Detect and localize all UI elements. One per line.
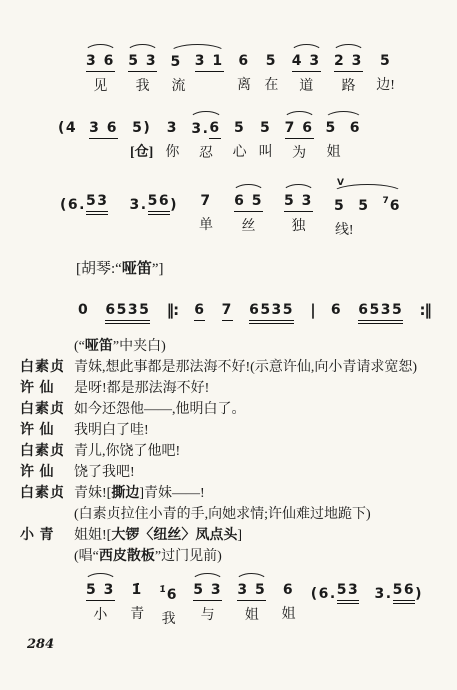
note-group: (6.53 [60,184,108,215]
note-cell: (6.53 [311,573,359,604]
note-cell: 3 5姐 [237,573,266,624]
note: 5 [358,199,369,216]
note-cell: 6 [331,293,342,320]
text-segment: ”过门见前) [155,549,222,564]
note-group: 6535 [249,293,294,324]
lyric: 为 [292,146,306,162]
note-group: 3.6 [191,111,220,139]
note: (4 [58,121,77,138]
note-cell: 53 1流 [171,44,224,95]
note-group: 3 6 [86,44,115,72]
note-group: 56 [326,111,362,138]
note-group: 5 3 [193,573,222,601]
slur-arc [232,184,265,193]
note-group: 7 [222,293,233,321]
lyric: [仓] [130,145,153,161]
emphasized-term: 哑笛 [85,339,113,354]
lyric: 忍 [199,146,213,162]
dialogue-text: 饶了我吧! [74,462,441,483]
grace-note: 7 [382,196,388,206]
note-group: 3 [167,111,178,138]
stage-direction-row: (“哑笛”中夹白) [20,336,441,357]
lyric: 在 [264,78,278,94]
lyric: 姐 [282,607,296,623]
speaker-name: 许 仙 [20,420,74,441]
note-group: 3.56) [375,573,423,604]
lyric: 流 [171,79,186,95]
note-cell: 5在 [264,44,278,94]
note-group: 2 3 [334,44,363,72]
note-cell: (6.53 [60,184,108,215]
note-cell: 7 [222,293,233,321]
text-segment: (白素贞拉住小青的手,向她求情;许仙难过地跪下) [74,507,371,522]
text-segment: 饶了我吧! [74,465,135,480]
note-cell: 6535 [105,293,150,324]
lyric: 姐 [326,145,341,161]
speaker-name: 白素贞 [20,441,74,462]
lyric: 叫 [259,145,273,161]
barline: ‖: [167,293,179,320]
note-group: (4 [58,111,77,138]
note-group: 5) [132,111,151,138]
note-cell: 7 6为 [285,111,314,162]
lyric: 线! [334,223,354,239]
note: 5 [171,55,182,72]
slur-arc [290,44,323,53]
lyric: 小 [93,608,107,624]
note-cell: 6离 [237,44,251,94]
lyric: 离 [237,78,251,94]
stage-direction-row: (唱“西皮散板”过门见前) [20,546,441,567]
text-segment: (唱“ [74,549,99,564]
note: 6535 [358,303,403,324]
text-segment: ]青妹——! [139,486,204,501]
lyric: 青 [130,607,144,623]
slur-arc [191,573,224,582]
note: 7 [200,194,211,211]
note: (6. [60,198,86,215]
dialogue-row: 白素贞青妹,想此事都是那法海不好!(示意许仙,向小青请求宽恕) [20,357,441,378]
note-cell: 6 [194,293,205,321]
stage-direction-text: (“哑笛”中夹白) [74,336,441,357]
slur-arc [126,44,159,53]
note-group: 5 3 [86,573,115,601]
barline: :‖ [419,293,431,320]
speaker-name [20,504,74,525]
note-cell: 6535 [358,293,403,324]
lyric: 道 [299,79,313,95]
note-group: 4 3 [292,44,321,72]
note-cell: 5)[仓] [130,111,153,161]
note: 6 [331,303,342,320]
dialogue-text: 我明白了哇! [74,420,441,441]
note-cell: 3.6忍 [191,111,220,162]
note-cell: (4 [58,111,77,138]
note: 6 [209,121,220,139]
note: 3 6 [86,54,115,72]
stage-direction-text: (唱“西皮散板”过门见前) [74,546,441,567]
huqin-music-line: 06535‖:676535|66535:‖ [78,293,431,324]
note-cell: 4 3道 [292,44,321,95]
lyric: 路 [341,79,355,95]
dialogue-row: 白素贞青儿,你饶了他吧! [20,441,441,462]
note-group: 6 [283,573,294,600]
note-cell: 5边! [376,44,395,94]
lyric: 我 [162,612,176,628]
emphasized-term: 撕边 [111,486,139,501]
note-cell: 5 3我 [128,44,157,95]
dialogue-row: 白素贞如今还怨他——,他明白了。 [20,399,441,420]
note-cell: 3你 [165,111,179,161]
text-segment: 青儿,你饶了他吧! [74,444,180,459]
lyric: 我 [136,79,150,95]
dialogue-text: 青儿,你饶了他吧! [74,441,441,462]
note-cell: 6姐 [282,573,296,623]
note-group: 5 [260,111,271,138]
note: 53 [86,194,108,215]
barline-glyph: | [310,293,314,320]
note-cell: 6 5丝 [234,184,263,235]
note-cell: 3 6 [89,111,118,139]
dialogue-text: 青妹,想此事都是那法海不好!(示意许仙,向小青请求宽恕) [74,357,441,378]
note: 5 3 [128,54,157,72]
note-cell: 5 3与 [193,573,222,624]
vocal-music-line-4: 5 3小1̇青1̇6我5 3与3 5姐6姐(6.533.56) [86,573,423,628]
dialogue-row: 许 仙饶了我吧! [20,462,441,483]
note-cell: 2 3路 [334,44,363,95]
barline-glyph: :‖ [419,293,431,320]
slur-arc [283,111,316,120]
speaker-name: 白素贞 [20,399,74,420]
note-group: 53 1 [171,44,224,72]
barline: | [310,293,314,320]
note-cell: 1̇6我 [159,573,178,628]
note: 6 [283,583,294,600]
note: 6535 [105,303,150,324]
note: (6. [311,587,337,604]
note-group: V5576 [334,184,401,216]
note-group: (6.53 [311,573,359,604]
note-group: 3.56) [130,184,178,215]
speaker-name: 小 青 [20,525,74,546]
note-group: 6 5 [234,184,263,212]
lyric: 丝 [242,219,256,235]
note: 6 [350,121,361,138]
note: 5 [260,121,271,138]
note: 3 1 [195,54,224,72]
stage-direction-row: (白素贞拉住小青的手,向她求情;许仙难过地跪下) [20,504,441,525]
text-segment: 我明白了哇! [74,423,149,438]
note-cell: 6535 [249,293,294,324]
note: 5 [266,54,277,71]
note: 7 6 [285,121,314,139]
grace-note: 1̇ [159,585,165,595]
vocal-music-line-3: (6.533.56)7单6 5丝5 3独V5576线! [60,184,401,239]
emphasized-term: 大锣〈纽丝〉凤点头 [111,528,237,543]
slur-arc [169,44,226,53]
text-segment: 姐姐![ [74,528,111,543]
text-segment: 如今还怨他——,他明白了。 [74,402,246,417]
note-group: 5 [380,44,391,71]
note-group: 5 3 [128,44,157,72]
note-group: 6 [331,293,342,320]
note: 4 3 [292,54,321,72]
slur-arc [324,111,364,120]
dialogue-text: 姐姐![大锣〈纽丝〉凤点头] [74,525,441,546]
dialogue-text: 是呀!都是那法海不好! [74,378,441,399]
note-group: 7 6 [285,111,314,139]
note-group: 1̇6 [159,573,178,605]
huqin-instrument-label: [胡琴:“哑笛”] [76,259,457,279]
text-segment: ] [237,528,242,543]
note: 6535 [249,303,294,324]
slur-arc [189,111,222,120]
note-group: 6 [238,44,249,71]
note: 3 [167,121,178,138]
huqin-label-text: [胡琴:“ [76,261,122,277]
note-cell: 1̇青 [130,573,144,623]
note: 1̇ [132,583,143,600]
note: 76 [382,194,401,216]
slur-arc [235,573,268,582]
note: 5) [132,121,151,138]
dialogue-row: 白素贞青妹![撕边]青妹——! [20,483,441,504]
note: 5 [234,121,245,138]
note-cell: 5叫 [259,111,273,161]
note-cell: 56姐 [326,111,362,161]
huqin-label-text: 哑笛 [122,261,152,277]
note-group: 5 [234,111,245,138]
note: 5 [334,199,345,216]
text-segment: 青妹![ [74,486,111,501]
note-cell: 3.56) [375,573,423,604]
note: 3 5 [237,583,266,601]
note-cell: 5 3独 [284,184,313,235]
dialogue-text: 如今还怨他——,他明白了。 [74,399,441,420]
note: 0 [78,303,89,320]
speaker-name: 白素贞 [20,483,74,504]
note: 2 3 [334,54,363,72]
note: 56 [148,194,170,215]
text-segment: ”中夹白) [113,339,166,354]
lyric: 心 [233,145,247,161]
huqin-label-text: ”] [152,261,164,277]
vocal-music-line-1: 3 6见5 3我53 1流6离5在4 3道2 3路5边! [86,44,395,95]
dialogue-block: (“哑笛”中夹白)白素贞青妹,想此事都是那法海不好!(示意许仙,向小青请求宽恕)… [20,336,441,567]
dialogue-row: 许 仙是呀!都是那法海不好! [20,378,441,399]
note-group: 5 [266,44,277,71]
speaker-name: 许 仙 [20,462,74,483]
note: 3. [375,587,393,604]
speaker-name: 白素贞 [20,357,74,378]
vocal-music-line-2: (43 65)[仓]3你3.6忍5心5叫7 6为56姐 [58,111,361,162]
note-cell: V5576线! [334,184,401,239]
lyric: 见 [93,79,107,95]
note: 53 [337,583,359,604]
note: 5 3 [86,583,115,601]
note-group: 7 [200,184,211,211]
note-group: 5 3 [284,184,313,212]
note: 6 [238,54,249,71]
lyric: 单 [199,218,213,234]
barline-glyph: ‖: [167,293,179,320]
slur-arc [332,44,365,53]
slur-arc [84,44,117,53]
note: 1̇6 [159,583,178,605]
speaker-name: 许 仙 [20,378,74,399]
dialogue-row: 小 青姐姐![大锣〈纽丝〉凤点头] [20,525,441,546]
breath-mark: V [337,179,344,188]
lyric: 姐 [245,608,259,624]
stage-direction-text: (白素贞拉住小青的手,向她求情;许仙难过地跪下) [74,504,441,525]
page-number: 284 [0,637,457,652]
note: 7 [222,303,233,321]
note: 6 5 [234,194,263,212]
note: 5 [326,121,337,138]
lyric: 边! [376,78,395,94]
note-group: 1̇ [132,573,143,600]
text-segment: 是呀!都是那法海不好! [74,381,209,396]
note: ) [170,198,178,215]
note-cell: 3 6见 [86,44,115,95]
text-segment: (“ [74,339,85,354]
note: 5 3 [193,583,222,601]
note-cell: 7单 [199,184,213,234]
slur-arc [282,184,315,193]
text-segment: 青妹,想此事都是那法海不好!(示意许仙,向小青请求宽恕) [74,360,417,375]
note-group: 6535 [105,293,150,324]
note-group: 3 6 [89,111,118,139]
note-group: 0 [78,293,89,320]
score-page: 3 6见5 3我53 1流6离5在4 3道2 3路5边! (43 65)[仓]3… [0,0,457,690]
note: 3 6 [89,121,118,139]
lyric: 独 [291,219,305,235]
slur-arc [84,573,117,582]
note: 5 [380,54,391,71]
note-group: 6 [194,293,205,321]
note: 3. [191,122,209,139]
note: ) [415,587,423,604]
dialogue-text: 青妹![撕边]青妹——! [74,483,441,504]
note: 56 [393,583,415,604]
speaker-name [20,336,74,357]
emphasized-term: 西皮散板 [99,549,155,564]
dialogue-row: 许 仙我明白了哇! [20,420,441,441]
note: 5 3 [284,194,313,212]
note: 3. [130,198,148,215]
lyric: 与 [201,608,215,624]
note-cell: 5 3小 [86,573,115,624]
lyric: 你 [165,145,179,161]
note-group: 3 5 [237,573,266,601]
speaker-name [20,546,74,567]
note-cell: 5心 [233,111,247,161]
note-group: 6535 [358,293,403,324]
note-cell: 3.56) [130,184,178,215]
note: 6 [194,303,205,321]
note-cell: 0 [78,293,89,320]
